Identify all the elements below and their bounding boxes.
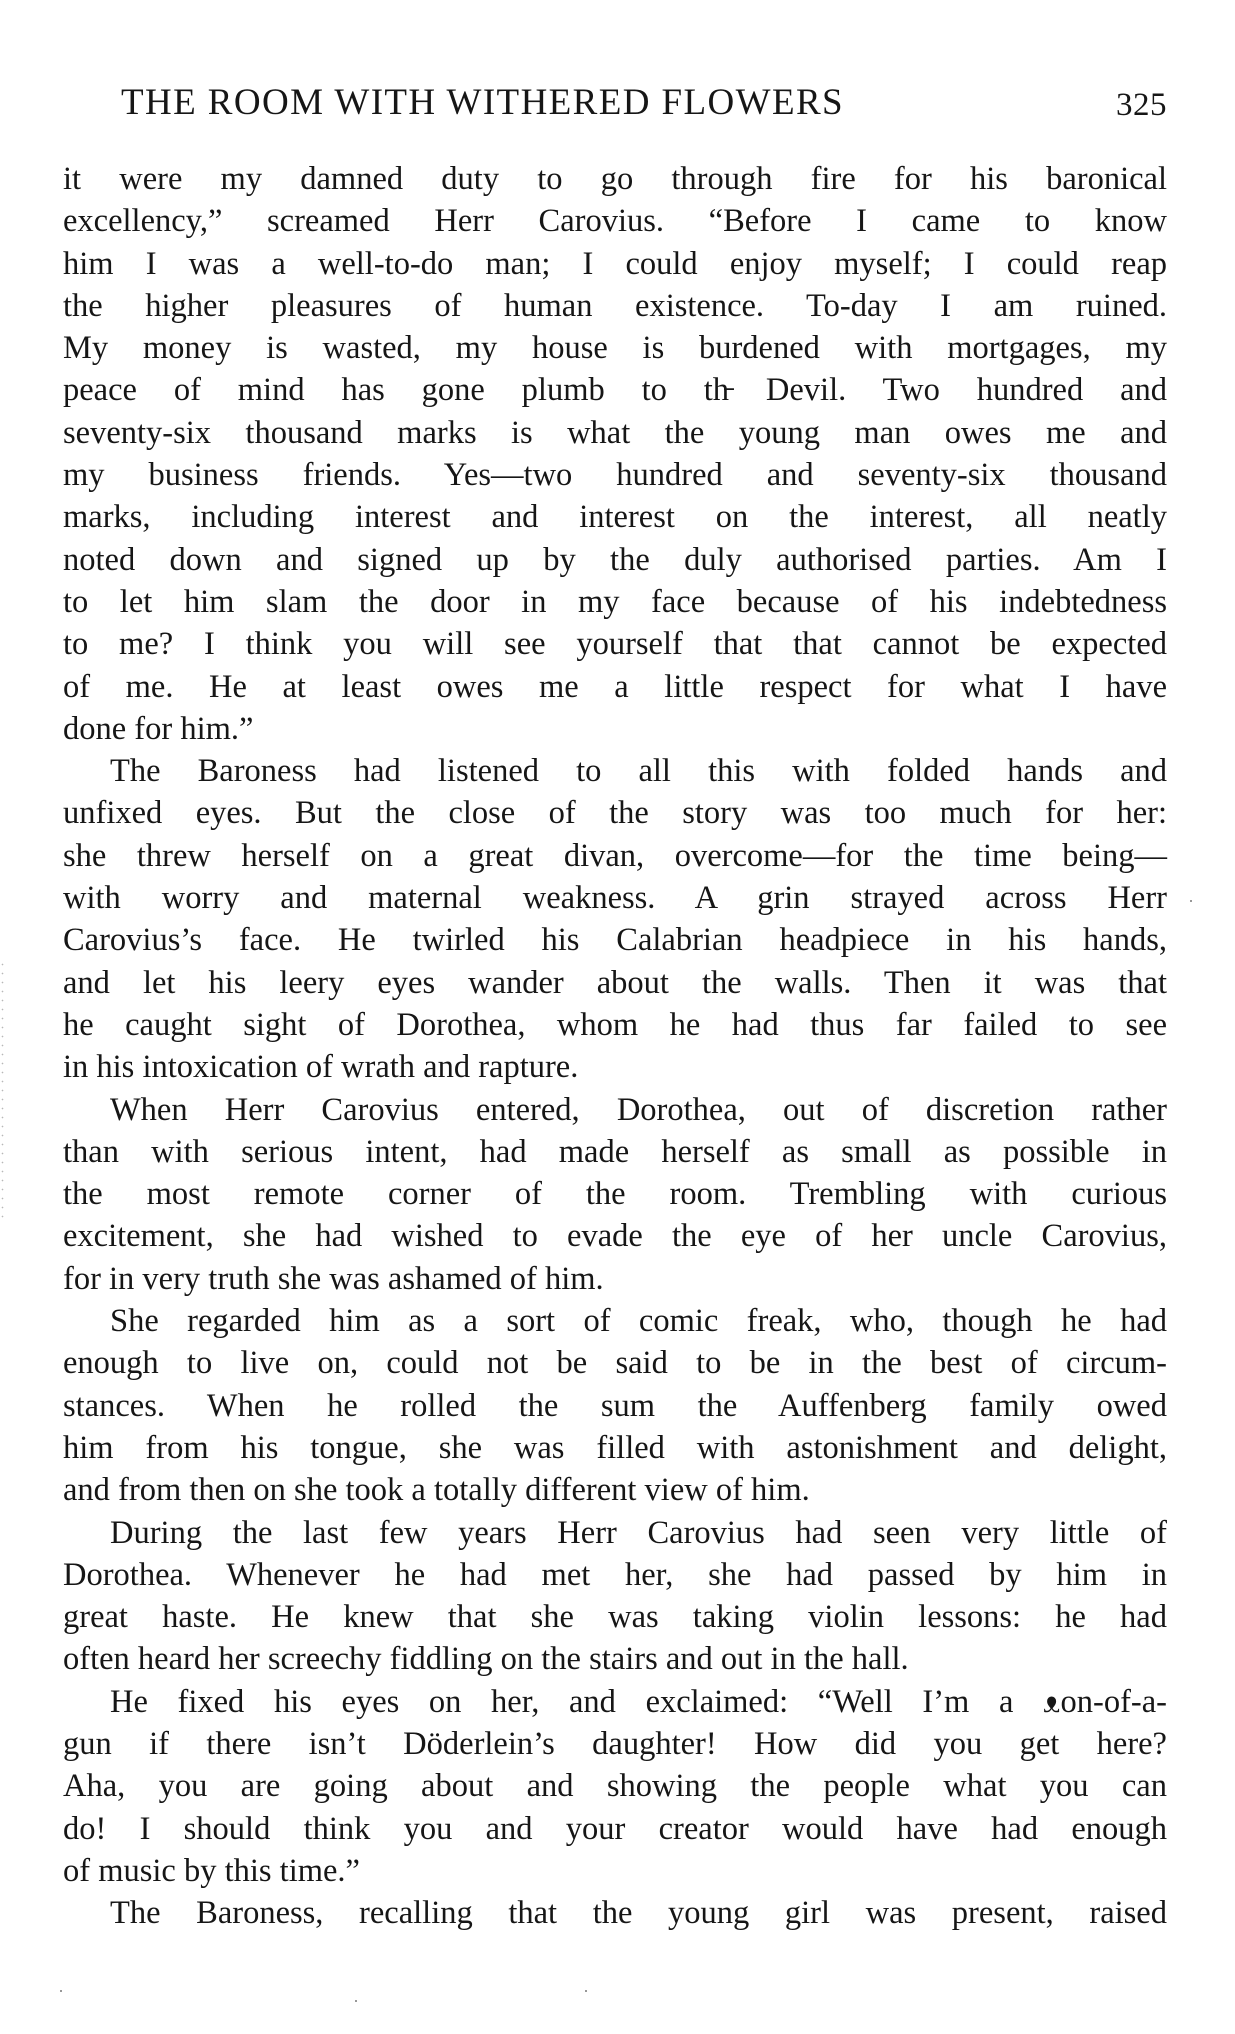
text-line: my business friends. Yes—two hundred and… bbox=[63, 454, 1167, 496]
text-line: peace of mind has gone plumb to th̵ Devi… bbox=[63, 369, 1167, 411]
scan-speck bbox=[355, 2000, 357, 2002]
text-line: to me? I think you will see yourself tha… bbox=[63, 623, 1167, 665]
text-line: excellency,” screamed Herr Carovius. “Be… bbox=[63, 200, 1167, 242]
text-line: of music by this time.” bbox=[63, 1850, 1167, 1892]
paragraph: When Herr Carovius entered, Dorothea, ou… bbox=[63, 1089, 1167, 1300]
text-line: for in very truth she was ashamed of him… bbox=[63, 1258, 1167, 1300]
paragraph: She regarded him as a sort of comic frea… bbox=[63, 1300, 1167, 1511]
text-line: My money is wasted, my house is burdened… bbox=[63, 327, 1167, 369]
text-line: enough to live on, could not be said to … bbox=[63, 1342, 1167, 1384]
text-line: and let his leery eyes wander about the … bbox=[63, 962, 1167, 1004]
text-line: She regarded him as a sort of comic frea… bbox=[63, 1300, 1167, 1342]
text-line: with worry and maternal weakness. A grin… bbox=[63, 877, 1167, 919]
paragraph-continued: it were my damned duty to go through fir… bbox=[63, 158, 1167, 750]
text-line: During the last few years Herr Carovius … bbox=[63, 1512, 1167, 1554]
text-line: great haste. He knew that she was taking… bbox=[63, 1596, 1167, 1638]
text-line: Carovius’s face. He twirled his Calabria… bbox=[63, 919, 1167, 961]
text-line: The Baroness, recalling that the young g… bbox=[63, 1892, 1167, 1934]
text-line: done for him.” bbox=[63, 708, 1167, 750]
text-line: he caught sight of Dorothea, whom he had… bbox=[63, 1004, 1167, 1046]
paragraph: He fixed his eyes on her, and exclaimed:… bbox=[63, 1681, 1167, 1892]
paragraph: The Baroness had listened to all this wi… bbox=[63, 750, 1167, 1088]
text-line: him from his tongue, she was filled with… bbox=[63, 1427, 1167, 1469]
text-line: him I was a well-to-do man; I could enjo… bbox=[63, 243, 1167, 285]
text-line: seventy-six thousand marks is what the y… bbox=[63, 412, 1167, 454]
text-line: noted down and signed up by the duly aut… bbox=[63, 539, 1167, 581]
running-head: THE ROOM WITH WITHERED FLOWERS 325 bbox=[63, 78, 1167, 128]
paragraph-continues-next-page: The Baroness, recalling that the young g… bbox=[63, 1892, 1167, 1934]
text-line: and from then on she took a totally diff… bbox=[63, 1469, 1167, 1511]
text-line: Aha, you are going about and showing the… bbox=[63, 1765, 1167, 1807]
text-line: often heard her screechy fiddling on the… bbox=[63, 1638, 1167, 1680]
text-line: excitement, she had wished to evade the … bbox=[63, 1215, 1167, 1257]
text-line: When Herr Carovius entered, Dorothea, ou… bbox=[63, 1089, 1167, 1131]
text-line: gun if there isn’t Döderlein’s daughter!… bbox=[63, 1723, 1167, 1765]
text-line: she threw herself on a great divan, over… bbox=[63, 835, 1167, 877]
text-line: the higher pleasures of human existence.… bbox=[63, 285, 1167, 327]
text-line: the most remote corner of the room. Trem… bbox=[63, 1173, 1167, 1215]
scan-speck bbox=[1190, 900, 1192, 902]
text-line: Dorothea. Whenever he had met her, she h… bbox=[63, 1554, 1167, 1596]
running-title: THE ROOM WITH WITHERED FLOWERS bbox=[121, 78, 844, 128]
book-page: THE ROOM WITH WITHERED FLOWERS 325 it we… bbox=[0, 0, 1235, 2034]
text-line: stances. When he rolled the sum the Auff… bbox=[63, 1385, 1167, 1427]
text-line: He fixed his eyes on her, and exclaimed:… bbox=[63, 1681, 1167, 1723]
scan-speck bbox=[585, 1990, 587, 1992]
page-number: 325 bbox=[1116, 80, 1167, 130]
text-line: to let him slam the door in my face beca… bbox=[63, 581, 1167, 623]
text-line: than with serious intent, had made herse… bbox=[63, 1131, 1167, 1173]
body-text: it were my damned duty to go through fir… bbox=[63, 158, 1167, 1934]
text-line: marks, including interest and interest o… bbox=[63, 496, 1167, 538]
text-line: The Baroness had listened to all this wi… bbox=[63, 750, 1167, 792]
scan-speck bbox=[60, 1990, 62, 1992]
text-line: of me. He at least owes me a little resp… bbox=[63, 666, 1167, 708]
paragraph: During the last few years Herr Carovius … bbox=[63, 1512, 1167, 1681]
scan-gutter-marks bbox=[1, 960, 4, 1220]
text-line: do! I should think you and your creator … bbox=[63, 1808, 1167, 1850]
text-line: it were my damned duty to go through fir… bbox=[63, 158, 1167, 200]
text-line: unfixed eyes. But the close of the story… bbox=[63, 792, 1167, 834]
text-line: in his intoxication of wrath and rapture… bbox=[63, 1046, 1167, 1088]
